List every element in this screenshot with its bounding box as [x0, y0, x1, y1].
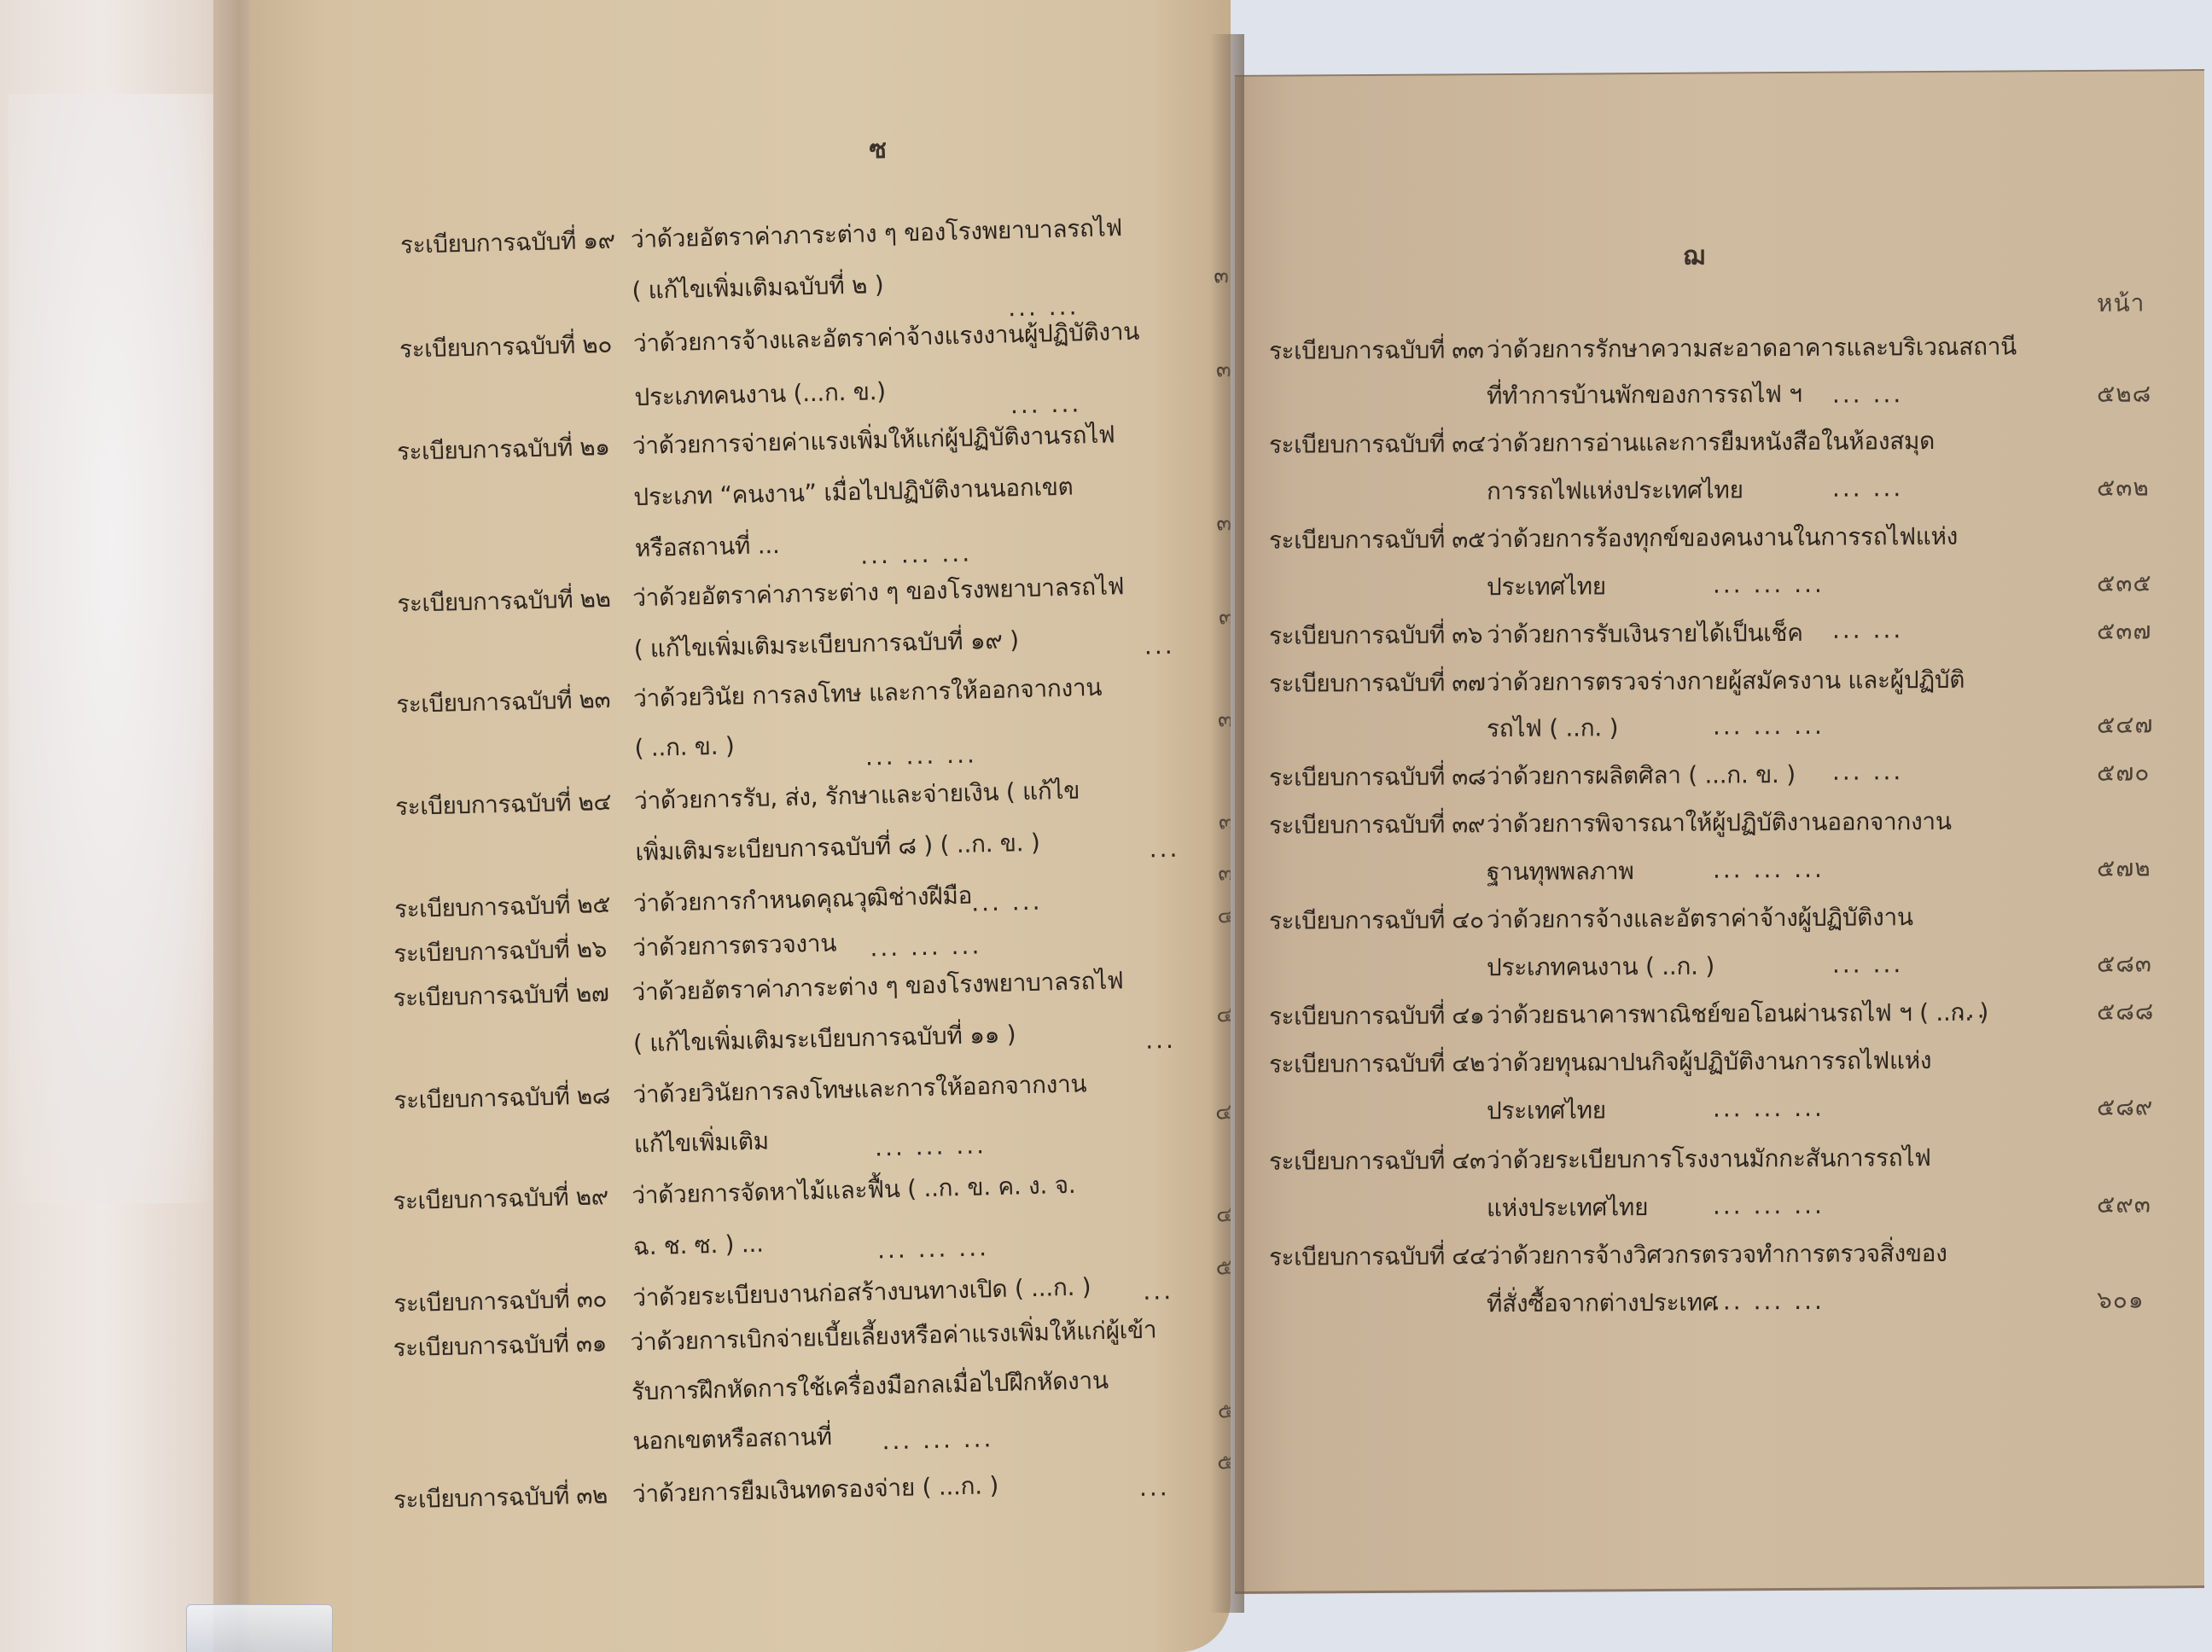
dot-leaders: ... [1145, 1026, 1176, 1055]
entry-title: ประเภทคนงาน (...ก. ข.) [634, 373, 886, 416]
toc-entry[interactable]: ระเบียบการฉบับที่ ๔๓ ว่าด้วยระเบียบการโร… [1235, 71, 2204, 77]
entry-title: ว่าด้วยระเบียบงานก่อสร้างบนทางเปิด ( ...… [632, 1268, 1091, 1317]
entry-code: ระเบียบการฉบับที่ ๑๙ [400, 222, 616, 265]
dot-leaders: ... ... [1832, 474, 1903, 503]
entry-title: ว่าด้วยการผลิตศิลา ( ...ก. ข. ) [1487, 756, 1796, 795]
page-number: ๓ [1216, 505, 1231, 541]
entry-title: ว่าด้วยการจ้างวิศวกรตรวจทำการตรวจสิ่งของ [1487, 1235, 1947, 1275]
entry-title: รับการฝึกหัดการใช้เครื่องมือกลเมื่อไปฝึก… [631, 1362, 1109, 1411]
dot-leaders: ... ... [1832, 950, 1903, 979]
entry-code: ระเบียบการฉบับที่ ๒๗ [393, 974, 609, 1017]
entry-title: ว่าด้วยการรักษาความสะอาดอาคารและบริเวณสถ… [1487, 328, 2017, 369]
entry-title: ประเทศไทย [1487, 1091, 1606, 1130]
left-page-content: ซ ระเบียบการฉบับที่ ๑๙ ว่าด้วยอัตราค่าภา… [249, 0, 1231, 1651]
entry-title: นอกเขตหรือสถานที่ [632, 1418, 832, 1461]
entry-title: ว่าด้วยการพิจารณาให้ผู้ปฏิบัติงานออกจากง… [1487, 803, 1952, 843]
entry-title: ว่าด้วยวินัยการลงโทษและการให้ออกจากงาน [632, 1065, 1087, 1114]
dot-leaders: ... [1143, 1277, 1173, 1306]
entry-code: ระเบียบการฉบับที่ ๔๐ [1269, 901, 1484, 940]
entry-code: ระเบียบการฉบับที่ ๒๑ [396, 428, 610, 471]
dot-leaders: ... ... ... [1713, 1287, 1825, 1316]
dot-leaders: ... ... ... [877, 1233, 990, 1264]
entry-code: ระเบียบการฉบับที่ ๔๑ [1269, 997, 1484, 1036]
entry-title: ประเภทคนงาน ( ..ก. ) [1487, 948, 1714, 987]
entry-title: การรถไฟแห่งประเทศไทย [1487, 471, 1743, 510]
page-number: ๕ [1217, 1444, 1231, 1480]
entry-title: ( แก้ไขเพิ่มเติมระเบียบการฉบับที่ ๑๙ ) [633, 621, 1019, 668]
entry-title: ประเทศไทย [1487, 567, 1606, 606]
toc-entry[interactable]: ระเบียบการฉบับที่ ๓๘ ว่าด้วยการผลิตศิลา … [1235, 71, 2204, 77]
page-number: ๕๔๗ [2097, 706, 2153, 743]
entry-title: ว่าด้วยทุนฌาปนกิจผู้ปฏิบัติงานการรถไฟแห่… [1487, 1042, 1931, 1082]
dot-leaders: ... ... ... [1713, 712, 1825, 741]
entry-code: ระเบียบการฉบับที่ ๓๔ [1269, 425, 1486, 464]
entry-title: ว่าด้วยการกำหนดคุณวุฒิช่างฝีมือ [632, 877, 972, 923]
book-stand-clip [186, 1604, 333, 1652]
entry-code: ระเบียบการฉบับที่ ๓๖ [1269, 616, 1482, 655]
toc-entry[interactable]: ระเบียบการฉบับที่ ๓๕ ว่าด้วยการร้องทุกข์… [1235, 71, 2204, 77]
entry-code: ระเบียบการฉบับที่ ๓๒ [393, 1476, 608, 1519]
toc-entry[interactable]: ระเบียบการฉบับที่ ๔๑ ว่าด้วยธนาคารพาณิชย… [1235, 71, 2204, 77]
page-number: ๕๙๓ [2097, 1185, 2151, 1223]
dot-leaders: ... [1149, 835, 1179, 864]
entry-title: แห่งประเทศไทย [1487, 1189, 1648, 1227]
entry-title: ว่าด้วยการเบิกจ่ายเบี้ยเลี้ยงหรือค่าแรงเ… [630, 1311, 1157, 1361]
entry-title: ว่าด้วยการรับเงินรายได้เป็นเช็ค [1487, 614, 1803, 654]
entry-title: ว่าด้วยระเบียบการโรงงานมักกะสันการรถไฟ [1487, 1139, 1931, 1179]
entry-code: ระเบียบการฉบับที่ ๓๓ [1269, 331, 1484, 370]
entry-code: ระเบียบการฉบับที่ ๒๖ [393, 930, 608, 973]
dot-leaders: ... ... [1010, 389, 1081, 419]
entry-code: ระเบียบการฉบับที่ ๒๐ [399, 326, 613, 369]
page-number: ๕ [1215, 1249, 1231, 1285]
entry-code: ระเบียบการฉบับที่ ๓๘ [1269, 758, 1486, 797]
dot-leaders: ... [1957, 996, 1988, 1024]
entry-title: ที่สั่งซื้อจากต่างประเทศ [1487, 1284, 1717, 1323]
entry-title: ว่าด้วยการจัดหาไม้และฟื้น ( ..ก. ข. ค. ง… [632, 1166, 1076, 1215]
dot-leaders: ... ... ... [1713, 855, 1825, 884]
right-page: ฌ หน้า ระเบียบการฉบับที่ ๓๓ ว่าด้วยการรั… [1235, 69, 2204, 1594]
entry-code: ระเบียบการฉบับที่ ๔๓ [1269, 1142, 1486, 1181]
left-page: ซ ระเบียบการฉบับที่ ๑๙ ว่าด้วยอัตราค่าภา… [249, 0, 1231, 1652]
entry-title: หรือสถานที่ ... [634, 526, 780, 567]
page-number: ๓ [1215, 352, 1231, 387]
page-number: ๔ [1217, 898, 1231, 934]
page-number: ๔ [1216, 1196, 1231, 1232]
page-number: ๕๘๓ [2097, 945, 2152, 982]
entry-code: ระเบียบการฉบับที่ ๒๘ [393, 1077, 610, 1120]
entry-code: ระเบียบการฉบับที่ ๓๑ [393, 1324, 607, 1367]
page-number: ๕๒๘ [2097, 375, 2151, 412]
dot-leaders: ... ... ... [860, 539, 973, 570]
page-number: ๕๗๐ [2097, 753, 2150, 791]
entry-title: ว่าด้วยการจ้างและอัตราค่าจ้างแรงงานผู้ปฏ… [632, 313, 1139, 363]
dot-leaders: ... ... ... [1713, 1191, 1825, 1220]
page-number: ๕๓๕ [2097, 564, 2152, 602]
page-number: ๓ [1217, 701, 1231, 737]
dot-leaders: ... ... ... [1713, 1094, 1825, 1123]
entry-title: ( แก้ไขเพิ่มเติมฉบับที่ ๒ ) [632, 266, 884, 310]
toc-entry[interactable]: ระเบียบการฉบับที่ ๓๙ ว่าด้วยการพิจารณาให… [1235, 71, 2204, 77]
page-number: ๓ [1218, 804, 1231, 840]
dot-leaders: ... ... [971, 887, 1043, 917]
page-number: ๔ [1215, 1094, 1231, 1130]
toc-entry[interactable]: ระเบียบการฉบับที่ ๔๐ ว่าด้วยการจ้างและอั… [1235, 71, 2204, 77]
page-number: ๕๓๒ [2097, 468, 2150, 506]
dot-leaders: ... ... ... [864, 740, 977, 771]
dot-leaders: ... ... ... [875, 1131, 987, 1161]
entry-code: ระเบียบการฉบับที่ ๒๔ [395, 783, 612, 826]
page-column-header: หน้า [2097, 284, 2145, 322]
entry-title: เพิ่มเติมระเบียบการฉบับที่ ๘ ) ( ..ก. ข.… [635, 824, 1040, 872]
entry-code: ระเบียบการฉบับที่ ๔๒ [1269, 1044, 1485, 1084]
entry-code: ระเบียบการฉบับที่ ๓๐ [393, 1280, 608, 1323]
entry-title: ( แก้ไขเพิ่มเติมระเบียบการฉบับที่ ๑๑ ) [632, 1015, 1016, 1062]
page-number: ๕๘๘ [2097, 992, 2154, 1030]
page-number: ๕๗๒ [2097, 849, 2151, 887]
entry-code: ระเบียบการฉบับที่ ๓๙ [1269, 806, 1485, 845]
page-label: ซ [869, 130, 888, 170]
toc-entry[interactable]: ระเบียบการฉบับที่ ๓๓ ว่าด้วยการรักษาความ… [1235, 71, 2204, 77]
toc-entry[interactable]: ระเบียบการฉบับที่ ๓๖ ว่าด้วยการรับเงินรา… [1235, 71, 2204, 77]
dot-leaders: ... [1144, 631, 1174, 660]
backdrop-blotch [9, 94, 213, 1203]
entry-title: ฐานทุพพลภาพ [1487, 852, 1633, 891]
page-label: ฌ [1683, 236, 1705, 276]
page-number: ๕๓๗ [2097, 612, 2151, 649]
entry-code: ระเบียบการฉบับที่ ๒๕ [394, 886, 611, 928]
page-number: ๕ [1217, 1393, 1231, 1428]
dot-leaders: ... ... ... [870, 931, 982, 962]
page-number: ๓ [1214, 258, 1231, 294]
page-number: ๕๘๙ [2097, 1088, 2153, 1126]
entry-title: ที่ทำการบ้านพักของการรถไฟ ฯ [1487, 375, 1802, 415]
page-number: ๓ [1218, 855, 1231, 891]
entry-title: ว่าด้วยการจ่ายค่าแรงเพิ่มให้แก่ผู้ปฏิบัต… [632, 416, 1115, 465]
dot-leaders: ... ... ... [1713, 570, 1825, 599]
entry-title: ว่าด้วยการตรวจงาน [632, 925, 837, 968]
page-number: ๖๐๑ [2097, 1281, 2145, 1318]
entry-title: ว่าด้วยการอ่านและการยืมหนังสือในห้องสมุด [1487, 422, 1935, 462]
page-number: ๔ [1216, 997, 1231, 1032]
entry-code: ระเบียบการฉบับที่ ๓๗ [1269, 664, 1486, 703]
entry-code: ระเบียบการฉบับที่ ๒๒ [397, 580, 611, 623]
page-number: ๓ [1219, 599, 1231, 635]
toc-entry[interactable]: ระเบียบการฉบับที่ ๓๗ ว่าด้วยการตรวจร่างก… [1235, 71, 2204, 77]
entry-code: ระเบียบการฉบับที่ ๓๕ [1269, 521, 1486, 560]
entry-title: ว่าด้วยการตรวจร่างกายผู้สมัครงาน และผู้ป… [1487, 661, 1965, 701]
entry-title: ว่าด้วยวินัย การลงโทษ และการให้ออกจากงาน [633, 669, 1103, 718]
entry-title: ว่าด้วยอัตราค่าภาระต่าง ๆ ของโรงพยาบาลรถ… [632, 962, 1124, 1011]
entry-code: ระเบียบการฉบับที่ ๔๔ [1269, 1237, 1487, 1277]
dot-leaders: ... ... [1832, 615, 1903, 644]
entry-title: ว่าด้วยอัตราค่าภาระต่าง ๆ ของโรงพยาบาลรถ… [632, 567, 1125, 617]
entry-title: ว่าด้วยการรับ, ส่ง, รักษาและจ่ายเงิน ( แ… [634, 772, 1080, 821]
entry-code: ระเบียบการฉบับที่ ๒๓ [396, 681, 611, 724]
entry-title: ( ..ก. ข. ) [634, 727, 735, 767]
entry-title: ว่าด้วยการร้องทุกข์ของคนงานในการรถไฟแห่ง [1487, 518, 1958, 558]
toc-entry[interactable]: ระเบียบการฉบับที่ ๔๒ ว่าด้วยทุนฌาปนกิจผู… [1235, 71, 2204, 77]
dot-leaders: ... ... [1832, 380, 1903, 409]
entry-title: รถไฟ ( ..ก. ) [1487, 709, 1618, 747]
entry-title: ว่าด้วยอัตราค่าภาระต่าง ๆ ของโรงพยาบาลรถ… [630, 209, 1122, 259]
entry-title: ว่าด้วยการยืมเงินทดรองจ่าย ( ...ก. ) [632, 1467, 998, 1513]
toc-entry[interactable]: ระเบียบการฉบับที่ ๓๔ ว่าด้วยการอ่านและกา… [1235, 71, 2204, 77]
entry-title: ว่าด้วยธนาคารพาณิชย์ขอโอนผ่านรถไฟ ฯ ( ..… [1487, 994, 1988, 1035]
dot-leaders: ... [1139, 1473, 1170, 1502]
entry-title: ว่าด้วยการจ้างและอัตราค่าจ้างผู้ปฏิบัติง… [1487, 899, 1913, 939]
dot-leaders: ... ... ... [882, 1424, 994, 1455]
entry-title: แก้ไขเพิ่มเติม [633, 1123, 769, 1164]
entry-title: ฉ. ช. ซ. ) ... [632, 1225, 764, 1266]
toc-entry[interactable]: ระเบียบการฉบับที่ ๔๔ ว่าด้วยการจ้างวิศวก… [1235, 71, 2204, 77]
entry-code: ระเบียบการฉบับที่ ๒๙ [393, 1178, 608, 1220]
dot-leaders: ... ... [1832, 757, 1903, 786]
entry-title: ประเภท “คนงาน” เมื่อไปปฏิบัติงานนอกเขต [633, 468, 1074, 517]
